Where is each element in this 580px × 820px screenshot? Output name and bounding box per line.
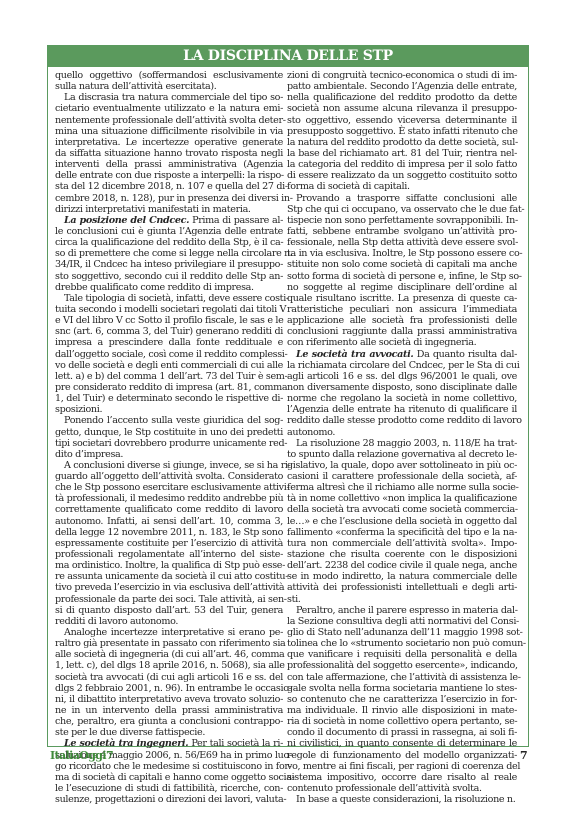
- text-line: impresa a prescindere dalla fonte reddit…: [55, 337, 283, 348]
- text-line: ferma altresì che il richiamo alle norme…: [287, 482, 517, 493]
- text-line: Analoghe incertezze interpretative si er…: [55, 627, 283, 638]
- text-line: tipi societari dovrebbero produrre unica…: [55, 438, 283, 449]
- text-line: conclusioni raggiunte dalla prassi ammin…: [287, 326, 517, 337]
- text-line: zioni di congruità tecnico-economica o s…: [287, 70, 517, 81]
- text-line: so di premettere che come si legge nella…: [55, 248, 283, 259]
- text-line: dito d’impresa.: [55, 449, 283, 460]
- section-header: LA DISCIPLINA DELLE STP: [48, 46, 528, 67]
- text-line: norme che regolano la società in nome co…: [287, 393, 517, 404]
- text-line: autonomo. Infatti, ai sensi dell’art. 10…: [55, 516, 283, 527]
- text-line: gale svolta nella forma societaria manti…: [287, 683, 517, 694]
- text-line: quale risultano iscritte. La presenza di…: [287, 293, 517, 304]
- text-line: sistema impositivo, occorre dare risalto…: [287, 772, 517, 783]
- text-line: Ponendo l’accento sulla veste giuridica …: [55, 415, 283, 426]
- text-line: con tale affermazione, che l’attività di…: [287, 672, 517, 683]
- text-line: che, peraltro, era giunta a conclusioni …: [55, 716, 283, 727]
- text-fragment: Da quanto risulta dal-: [417, 349, 517, 360]
- text-line: glio di Stato nell’adunanza dell’11 magg…: [287, 627, 517, 638]
- text-line: sti.: [287, 594, 517, 605]
- text-line: tolinea che lo «strumento societario non…: [287, 638, 517, 649]
- text-line: 1, del Tuir) e determinato secondo le ri…: [55, 393, 283, 404]
- text-line: sulenze, progettazioni o direzioni dei l…: [55, 794, 283, 805]
- text-line: alle società di ingegneria (di cui all’a…: [55, 649, 283, 660]
- text-line: con riferimento alle società di ingegner…: [287, 337, 517, 348]
- text-line: ni, il dibattito interpretativo aveva tr…: [55, 694, 283, 705]
- text-line: sotto forma di società di persone e, inf…: [287, 271, 517, 282]
- text-line: getto, dunque, le Stp costituite in uno …: [55, 427, 283, 438]
- text-line: si di quanto disposto dall’art. 53 del T…: [55, 605, 283, 616]
- text-line: In base a queste considerazioni, la riso…: [287, 794, 517, 805]
- text-line: nentemente professionale dell’attività s…: [55, 115, 283, 126]
- text-line: tuita secondo i modelli societari regola…: [55, 304, 283, 315]
- text-line: fallimento «conferma la specificità del …: [287, 527, 517, 538]
- text-line: vo, mentre ai fini fiscali, per ragioni …: [287, 761, 517, 772]
- text-line: ma ordinistico. Inoltre, la qualifica di…: [55, 560, 283, 571]
- text-line: La risoluzione 28 maggio 2003, n. 118/E …: [287, 438, 517, 449]
- text-line: que vanificare i requisiti della persona…: [287, 649, 517, 660]
- text-line: fatti, sebbene entrambe svolgano un’atti…: [287, 226, 517, 237]
- text-line: sta del 12 dicembre 2018, n. 107 e quell…: [55, 181, 283, 192]
- text-line: dall’oggetto sociale, così come il reddi…: [55, 349, 283, 360]
- text-line: stituite non solo come società di capita…: [287, 259, 517, 270]
- text-line: le…» e che l’esclusione della società in…: [287, 516, 517, 527]
- text-line: snc (art. 6, comma 3, del Tuir) generano…: [55, 326, 283, 337]
- text-line: mina una situazione difficilmente risolv…: [55, 126, 283, 137]
- text-fragment: Per tali società la ri-: [191, 738, 283, 749]
- text-line: della società tra avvocati come società …: [287, 504, 517, 515]
- text-line: la categoria del reddito di impresa per …: [287, 159, 517, 170]
- text-line: ni civilistici, in quanto consente di de…: [287, 738, 517, 749]
- text-line: interventi della prassi amministrativa (…: [55, 159, 283, 170]
- text-line: ratteristiche peculiari non assicura l’i…: [287, 304, 517, 315]
- text-line: l’Agenzia delle entrate ha ritenuto di q…: [287, 404, 517, 415]
- text-line: le conclusioni cui è giunta l’Agenzia de…: [55, 226, 283, 237]
- text-line: tivo preveda l’esercizio in via esclusiv…: [55, 582, 283, 593]
- text-line: go ricordato che le medesime si costitui…: [55, 761, 283, 772]
- text-line: lett. a) e b) del comma 1 dell’art. 73 d…: [55, 371, 283, 382]
- text-line: professionalità del soggetto esercente»,…: [287, 660, 517, 671]
- text-line: non diversamente disposto, sono discipli…: [287, 382, 517, 393]
- text-line: Provando a trasporre siffatte conclusion…: [287, 193, 517, 204]
- text-line: la Sezione consultiva degli atti normati…: [287, 616, 517, 627]
- text-line: attività dei professionisti intellettual…: [287, 582, 517, 593]
- text-line: Peraltro, anche il parere espresso in ma…: [287, 605, 517, 616]
- text-line: ta in via esclusiva. Inoltre, le Stp pos…: [287, 248, 517, 259]
- text-line: sulla natura dell’attività esercitata).: [55, 81, 283, 92]
- text-line: re assunta unicamente da società il cui …: [55, 571, 283, 582]
- text-line: sto oggettivo, essendo viceversa determi…: [287, 115, 517, 126]
- text-line: drebbe qualificato come reddito di impre…: [55, 282, 283, 293]
- text-line: ma di società di capitali e hanno come o…: [55, 772, 283, 783]
- text-line: contenuto professionale dell’attività sv…: [287, 783, 517, 794]
- text-line: nella qualificazione del reddito prodott…: [287, 92, 517, 103]
- text-line: casioni il carattere professionale della…: [287, 471, 517, 482]
- text-line: patto ambientale. Secondo l’Agenzia dell…: [287, 81, 517, 92]
- subheading-line: Le società tra ingegneri. Per tali socie…: [55, 738, 283, 749]
- text-line: professionali regolamentate all’interno …: [55, 549, 283, 560]
- text-line: sposizioni.: [55, 404, 283, 415]
- text-line: raltro già presentate in passato con rif…: [55, 638, 283, 649]
- text-line: che le Stp possono esercitare esclusivam…: [55, 482, 283, 493]
- article-frame: LA DISCIPLINA DELLE STP quello oggettivo…: [47, 45, 529, 747]
- text-line: cietario eventualmente utilizzato e la n…: [55, 103, 283, 114]
- text-line: sto soggettivo, secondo cui il reddito d…: [55, 271, 283, 282]
- text-line: no soggette al regime disciplinare dell’…: [287, 282, 517, 293]
- text-line: Tale tipologia di società, infatti, deve…: [55, 293, 283, 304]
- text-line: ria di società in nome collettivo opera …: [287, 716, 517, 727]
- text-line: La discrasia tra natura commerciale del …: [55, 92, 283, 103]
- text-line: autonomo.: [287, 427, 517, 438]
- text-line: presupposto soggettivo. È stato infatti …: [287, 126, 517, 137]
- publication-logo: ItaliaOggi7: [50, 749, 113, 762]
- text-line: tura non commerciale dell’attività svolt…: [287, 538, 517, 549]
- text-line: redditi di lavoro autonomo.: [55, 616, 283, 627]
- subheading-line: La posizione del Cndcec. Prima di passar…: [55, 215, 283, 226]
- text-line: espressamente costituite per l’esercizio…: [55, 538, 283, 549]
- text-line: di essere realizzato da un soggetto cost…: [287, 170, 517, 181]
- text-line: cembre 2018, n. 128), pur in presenza de…: [55, 193, 283, 204]
- text-line: dlgs 2 febbraio 2001, n. 96). In entramb…: [55, 683, 283, 694]
- subheading: Le società tra avvocati.: [296, 349, 413, 360]
- text-line: tà professionali, il medesimo reddito an…: [55, 493, 283, 504]
- text-line: dirizzi interpretativi manifestati in ma…: [55, 204, 283, 215]
- text-line: reddito dalle stesse prodotto come reddi…: [287, 415, 517, 426]
- text-line: guardo all’oggetto dell’attività svolta.…: [55, 471, 283, 482]
- text-line: correttamente qualificato come reddito d…: [55, 504, 283, 515]
- text-line: da siffatta situazione hanno trovato ris…: [55, 148, 283, 159]
- text-line: professionale da parte dei soci. Tale at…: [55, 594, 283, 605]
- text-line: dell’art. 2238 del codice civile il qual…: [287, 560, 517, 571]
- text-line: A conclusioni diverse si giunge, invece,…: [55, 460, 283, 471]
- text-line: della legge 12 novembre 2011, n. 183, le…: [55, 527, 283, 538]
- text-line: vo delle società e degli enti commercial…: [55, 360, 283, 371]
- text-line: ne in un intervento della prassi amminis…: [55, 705, 283, 716]
- text-line: società non assume alcuna rilevanza il p…: [287, 103, 517, 114]
- text-line: 1, lett. c), del dlgs 18 aprile 2016, n.…: [55, 660, 283, 671]
- text-line: agli articoli 16 e ss. del dlgs 96/2001 …: [287, 371, 517, 382]
- text-line: circa la qualificazione del reddito dell…: [55, 237, 283, 248]
- text-line: quello oggettivo (soffermandosi esclusiv…: [55, 70, 283, 81]
- text-line: applicazione alle società fra profession…: [287, 315, 517, 326]
- text-line: se in modo indiretto, la natura commerci…: [287, 571, 517, 582]
- text-line: delle entrate con due risposte a interpe…: [55, 170, 283, 181]
- text-line: tà in nome collettivo «non implica la qu…: [287, 493, 517, 504]
- text-line: stazione che risulta coerente con le dis…: [287, 549, 517, 560]
- text-line: condo il documento di prassi in rassegna…: [287, 727, 517, 738]
- text-line: la natura del reddito prodotto da dette …: [287, 137, 517, 148]
- subheading: Le società tra ingegneri.: [64, 738, 188, 749]
- text-line: le l’esecuzione di studi di fattibilità,…: [55, 783, 283, 794]
- subheading-line: Le società tra avvocati. Da quanto risul…: [287, 349, 517, 360]
- text-line: ma individuale. Il rinvio alle disposizi…: [287, 705, 517, 716]
- text-line: gislativo, la quale, dopo aver sottoline…: [287, 460, 517, 471]
- subheading: La posizione del Cndcec.: [64, 215, 189, 226]
- text-line: forma di società di capitali.: [287, 181, 517, 192]
- left-column: quello oggettivo (soffermandosi esclusiv…: [55, 70, 283, 805]
- text-line: e VI del libro V cc Sotto il profilo fis…: [55, 315, 283, 326]
- text-line: fessionale, nella Stp detta attività dev…: [287, 237, 517, 248]
- right-column: zioni di congruità tecnico-economica o s…: [287, 70, 517, 805]
- text-line: società tra avvocati (di cui agli artico…: [55, 672, 283, 683]
- text-line: regole di funzionamento del modello orga…: [287, 750, 517, 761]
- text-line: pre considerato reddito di impresa (art.…: [55, 382, 283, 393]
- text-fragment: Prima di passare al-: [192, 215, 283, 226]
- text-line: so contenuto che ne caratterizza l’eserc…: [287, 694, 517, 705]
- text-line: 34/IR, il Cndcec ha inteso privilegiare …: [55, 259, 283, 270]
- text-line: interpretativa. Le incertezze operative …: [55, 137, 283, 148]
- page-number: 7: [520, 749, 528, 762]
- text-line: tispecie non sono perfettamente sovrappo…: [287, 215, 517, 226]
- text-line: ste per le due diverse fattispecie.: [55, 727, 283, 738]
- text-line: Stp che qui ci occupano, va osservato ch…: [287, 204, 517, 215]
- text-line: to spunto dalla relazione governativa al…: [287, 449, 517, 460]
- text-line: la richiamata circolare del Cndcec, per …: [287, 360, 517, 371]
- text-line: la base del richiamato art. 81 del Tuir,…: [287, 148, 517, 159]
